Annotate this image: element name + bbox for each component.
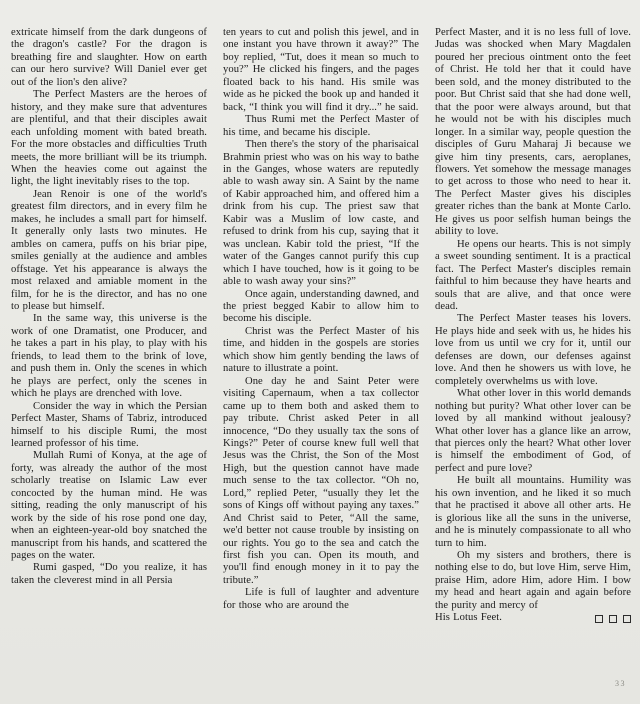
paragraph: ten years to cut and polish this jewel, … — [223, 27, 419, 114]
paragraph: extricate himself from the dark dungeons… — [11, 27, 207, 89]
paragraph: Thus Rumi met the Perfect Master of his … — [223, 114, 419, 139]
end-of-article-marker — [595, 615, 631, 623]
paragraph: One day he and Saint Peter were visiting… — [223, 376, 419, 588]
paragraph: The Perfect Master teases his lovers. He… — [435, 313, 631, 388]
paragraph: Once again, understanding dawned, and th… — [223, 289, 419, 326]
closing-text: His Lotus Feet. — [435, 612, 502, 624]
paragraph: The Perfect Masters are the heroes of hi… — [11, 89, 207, 189]
paragraph: In the same way, this universe is the wo… — [11, 313, 207, 400]
end-square-icon — [595, 615, 603, 623]
paragraph: He opens our hearts. This is not simply … — [435, 239, 631, 314]
end-square-icon — [623, 615, 631, 623]
page-number: 33 — [615, 679, 626, 688]
paragraph: Jean Renoir is one of the world's greate… — [11, 189, 207, 314]
closing-line: His Lotus Feet. — [435, 612, 631, 624]
paragraph: Christ was the Perfect Master of his tim… — [223, 326, 419, 376]
paragraph: Then there's the story of the pharisaica… — [223, 139, 419, 288]
paragraph: Mullah Rumi of Konya, at the age of fort… — [11, 450, 207, 562]
text-column-left: extricate himself from the dark dungeons… — [11, 27, 207, 625]
end-square-icon — [609, 615, 617, 623]
paragraph: Consider the way in which the Persian Pe… — [11, 401, 207, 451]
paragraph: He built all mountains. Humility was his… — [435, 475, 631, 550]
paragraph: Life is full of laughter and adventure f… — [223, 587, 419, 612]
paragraph: Oh my sisters and brothers, there is not… — [435, 550, 631, 612]
text-columns: extricate himself from the dark dungeons… — [0, 0, 640, 625]
paragraph: What other lover in this world demands n… — [435, 388, 631, 475]
text-column-middle: ten years to cut and polish this jewel, … — [223, 27, 419, 625]
paragraph: Rumi gasped, “Do you realize, it has tak… — [11, 562, 207, 587]
paragraph: Perfect Master, and it is no less full o… — [435, 27, 631, 239]
scanned-page: extricate himself from the dark dungeons… — [0, 0, 640, 704]
text-column-right: Perfect Master, and it is no less full o… — [435, 27, 631, 625]
